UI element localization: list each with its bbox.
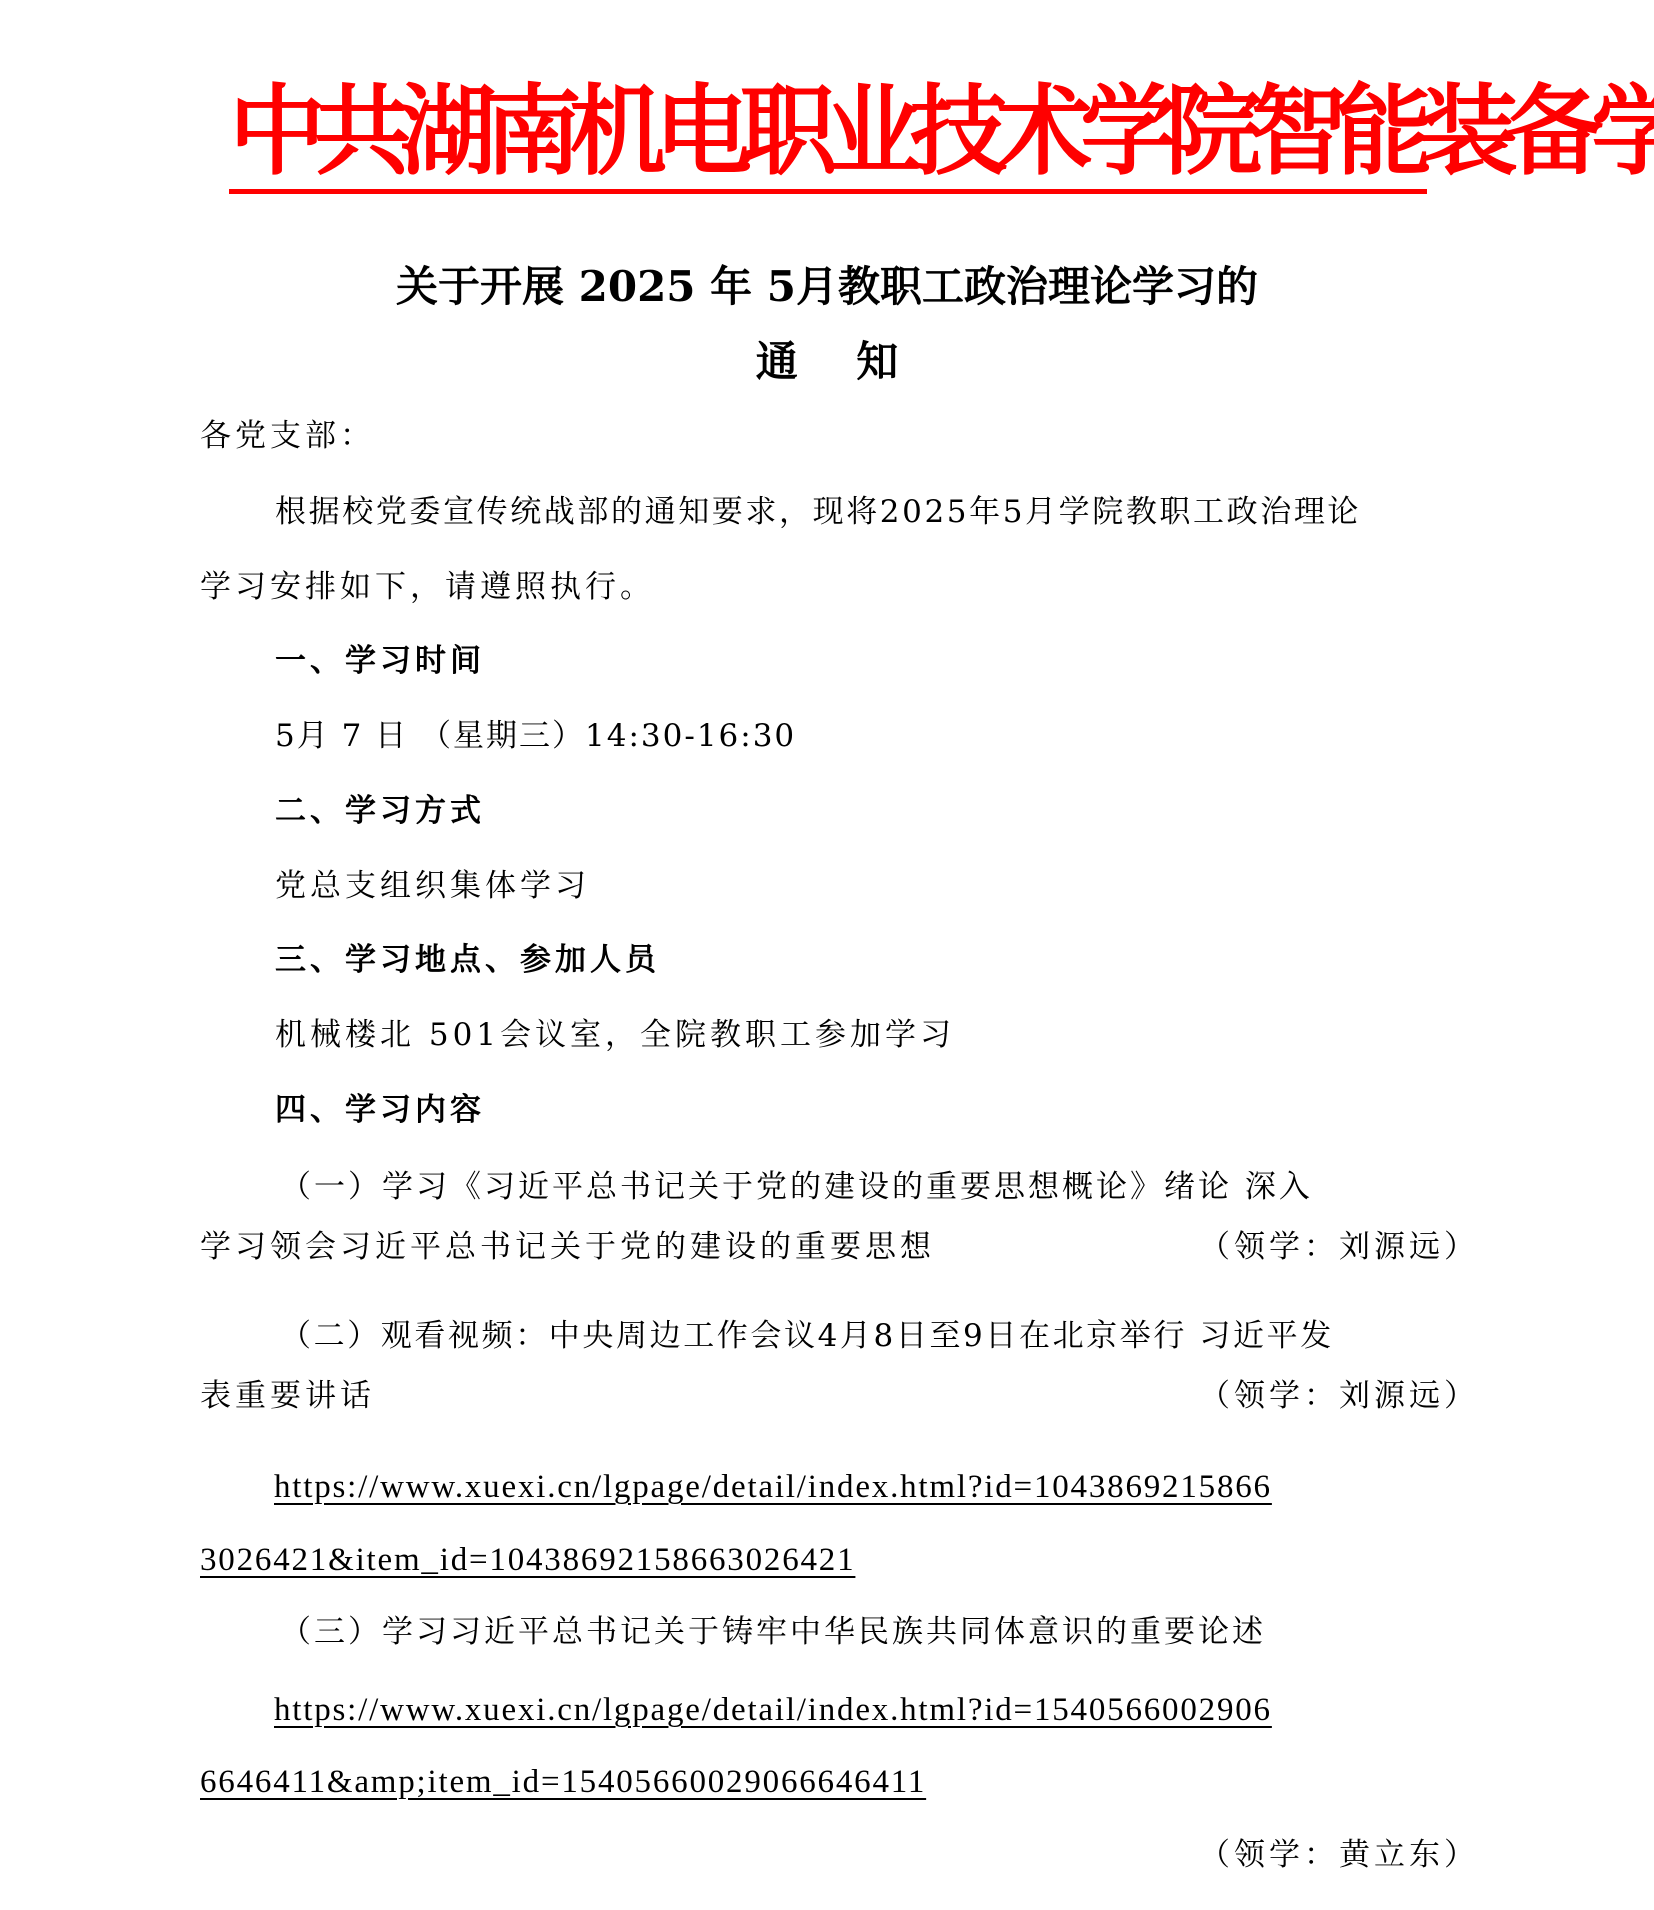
section-heading-location: 三、学习地点、参加人员: [275, 940, 660, 980]
section-heading-time: 一、学习时间: [275, 641, 485, 681]
letterhead-org-name: 中共湖南机电职业技术学院智能装备学院总支部委员会: [229, 72, 1467, 192]
content-item-1-line-1: （一）学习《习近平总书记关于党的建设的重要思想概论》绪论 深入: [280, 1167, 1313, 1207]
content-item-3-leader: （领学：黄立东）: [1199, 1835, 1479, 1875]
content-item-2-leader: （领学：刘源远）: [1199, 1376, 1479, 1416]
content-item-2-video-link[interactable]: https://www.xuexi.cn/lgpage/detail/index…: [274, 1467, 1272, 1507]
document-title-notice: 通 知: [0, 337, 1654, 387]
content-item-3-line-1: （三）学习习近平总书记关于铸牢中华民族共同体意识的重要论述: [280, 1612, 1266, 1652]
section-body-method: 党总支组织集体学习: [275, 866, 590, 906]
section-body-location: 机械楼北 501会议室，全院教职工参加学习: [275, 1015, 955, 1055]
document-title: 关于开展 2025 年 5月教职工政治理论学习的: [0, 262, 1654, 312]
letterhead-red-rule: [229, 189, 1427, 194]
salutation: 各党支部：: [200, 416, 375, 456]
content-item-2-line-2: 表重要讲话: [200, 1376, 375, 1416]
content-item-3-link-cont[interactable]: 6646411&amp;item_id=15405660029066646411: [200, 1762, 926, 1802]
content-item-3-link[interactable]: https://www.xuexi.cn/lgpage/detail/index…: [274, 1690, 1272, 1730]
content-item-2-video-link-cont[interactable]: 3026421&item_id=10438692158663026421: [200, 1540, 855, 1580]
content-item-1-leader: （领学：刘源远）: [1199, 1227, 1479, 1267]
content-item-1-line-2: 学习领会习近平总书记关于党的建设的重要思想: [200, 1227, 935, 1267]
section-heading-method: 二、学习方式: [275, 791, 485, 831]
section-body-time: 5月 7 日 （星期三）14:30-16:30: [275, 716, 796, 756]
intro-line-1: 根据校党委宣传统战部的通知要求，现将2025年5月学院教职工政治理论: [275, 492, 1361, 532]
intro-line-2: 学习安排如下，请遵照执行。: [200, 567, 655, 607]
content-item-2-line-1: （二）观看视频：中央周边工作会议4月8日至9日在北京举行 习近平发: [280, 1316, 1334, 1356]
section-heading-content: 四、学习内容: [275, 1090, 485, 1130]
